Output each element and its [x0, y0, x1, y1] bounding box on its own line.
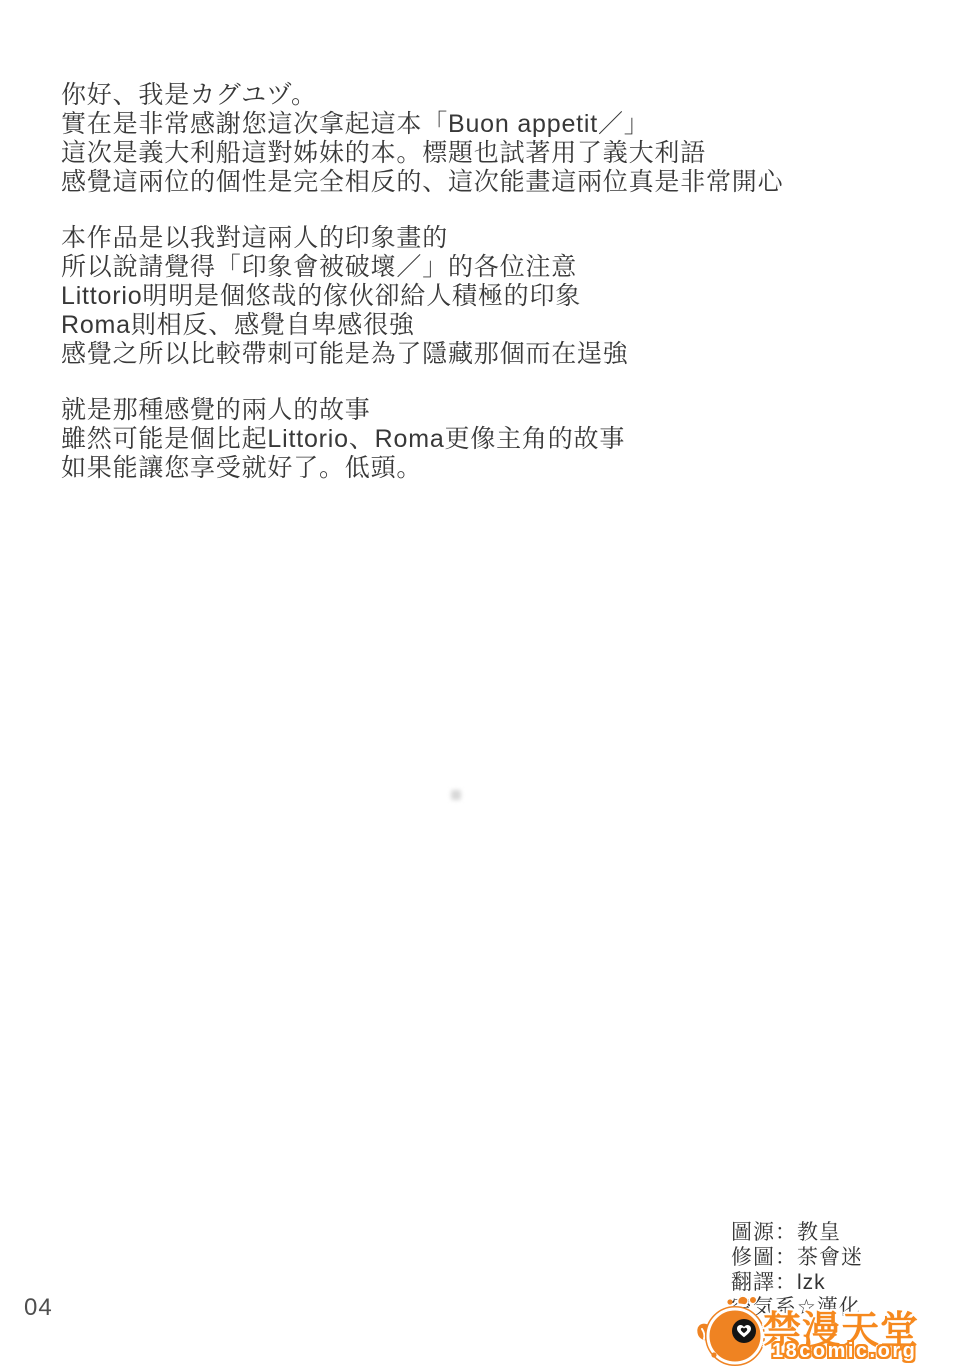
- mascot-droplet: [738, 1296, 748, 1305]
- text-line: 修圖：茶會迷: [731, 1245, 863, 1270]
- text-line: 就是那種感覺的兩人的故事: [61, 396, 783, 425]
- text-line: 雖然可能是個比起Littorio、Roma更像主角的故事: [61, 425, 783, 454]
- text-line: 翻譯：lzk: [731, 1270, 863, 1295]
- text-line: 如果能讓您享受就好了。低頭。: [61, 454, 783, 483]
- text-line: Roma則相反、感覺自卑感很強: [61, 311, 783, 340]
- afterword-text: 你好、我是カグユヅ。實在是非常感謝您這次拿起這本「Buon appetit／」這…: [61, 81, 783, 510]
- whale-mascot-icon: [694, 1293, 772, 1372]
- mascot-droplet: [711, 1352, 716, 1357]
- scanned-manga-page: 你好、我是カグユヅ。實在是非常感謝您這次拿起這本「Buon appetit／」這…: [0, 0, 960, 1372]
- scan-smudge: [451, 790, 461, 800]
- text-line: 感覺之所以比較帶刺可能是為了隱藏那個而在逞強: [61, 340, 783, 369]
- text-line: 圖源：教皇: [731, 1220, 863, 1245]
- text-line: 你好、我是カグユヅ。: [61, 81, 783, 110]
- mascot-droplet: [749, 1296, 756, 1303]
- text-line: 這次是義大利船這對姊妹的本。標題也試著用了義大利語: [61, 139, 783, 168]
- text-line: Littorio明明是個悠哉的傢伙卻給人積極的印象: [61, 282, 783, 311]
- text-line: 所以說請覺得「印象會被破壞／」的各位注意: [61, 253, 783, 282]
- afterword-paragraph: 你好、我是カグユヅ。實在是非常感謝您這次拿起這本「Buon appetit／」這…: [61, 81, 783, 197]
- mascot-droplet: [727, 1299, 732, 1304]
- watermark-site-url: 18comic.org: [772, 1340, 917, 1363]
- text-line: 實在是非常感謝您這次拿起這本「Buon appetit／」: [61, 110, 783, 139]
- afterword-paragraph: 本作品是以我對這兩人的印象畫的所以說請覺得「印象會被破壞／」的各位注意Litto…: [61, 224, 783, 369]
- text-line: 本作品是以我對這兩人的印象畫的: [61, 224, 783, 253]
- site-watermark: 禁漫天堂 18comic.org: [694, 1293, 960, 1372]
- page-number: 04: [24, 1294, 53, 1322]
- text-line: 感覺這兩位的個性是完全相反的、這次能畫這兩位真是非常開心: [61, 168, 783, 197]
- afterword-paragraph: 就是那種感覺的兩人的故事雖然可能是個比起Littorio、Roma更像主角的故事…: [61, 396, 783, 483]
